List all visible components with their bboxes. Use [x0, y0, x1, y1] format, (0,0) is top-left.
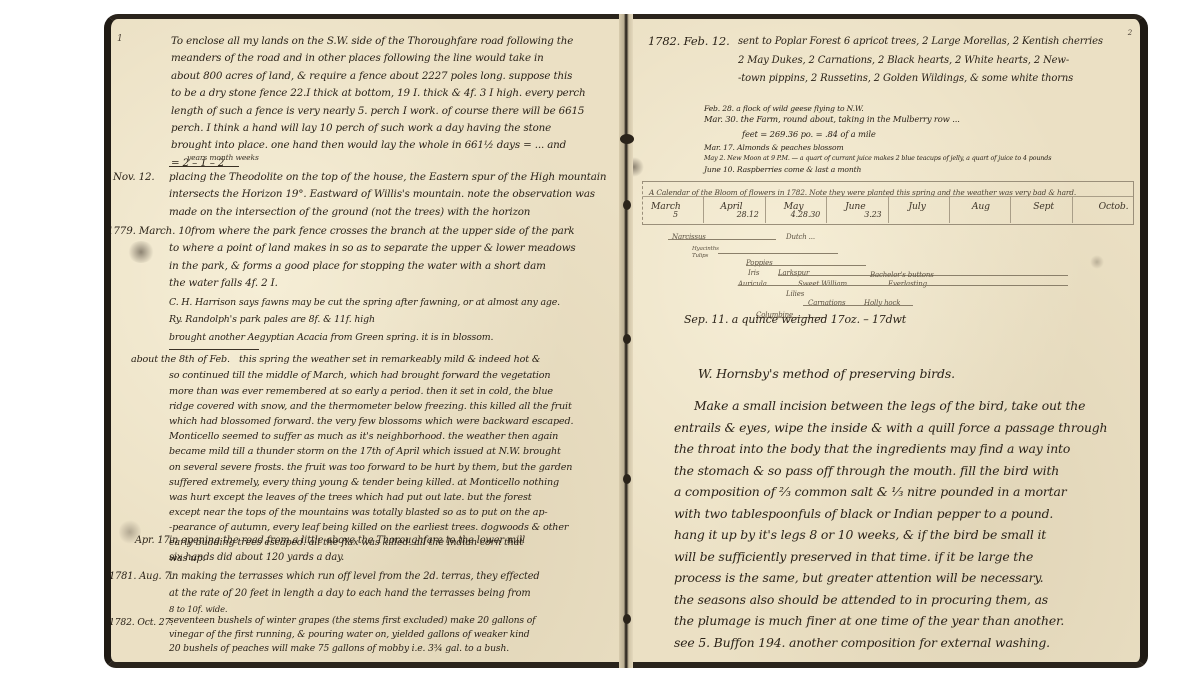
text-line: from where the park fence crosses the br… [191, 223, 575, 240]
text-line: which had blossomed forward. the very fe… [169, 414, 573, 429]
text-line: perch. I think a hand will lay 10 perch … [171, 120, 586, 137]
entry-date: about the 8th of Feb. [131, 351, 230, 368]
cell-value: 3.23 [864, 206, 881, 223]
binding-stitch [620, 134, 634, 144]
text-line: more than was ever remembered at so earl… [169, 384, 573, 399]
cell-value: 5 [673, 206, 678, 223]
text-line: length of such a fence is very nearly 5.… [171, 103, 586, 120]
month-label: Sept [1033, 198, 1054, 215]
divider [169, 166, 239, 167]
recipe-title: W. Hornsby's method of preserving birds. [698, 363, 955, 385]
note-item: Mar. 30. the Farm, round about, taking i… [704, 114, 1051, 125]
binding-stitch [623, 334, 631, 344]
note-item: June 10. Raspberries come & last a month [704, 164, 1051, 175]
notebook-spread: 1 To enclose all my lands on the S.W. si… [104, 14, 1148, 668]
bloom-bar [803, 305, 913, 306]
recipe-body: Make a small incision between the legs o… [674, 395, 1107, 653]
text-line: To enclose all my lands on the S.W. side… [171, 33, 586, 50]
text-line: became mild till a thunder storm on the … [169, 444, 573, 459]
month-label: June [845, 198, 865, 215]
text-line: in the park, & forms a good place for st… [169, 258, 576, 275]
text-line: 8 to 10f. wide. [169, 603, 540, 615]
entry-date: 1781. Aug. 7. [109, 568, 173, 585]
text-line: in making the terrasses which run off le… [169, 568, 540, 585]
text-line: process is the same, but greater attenti… [674, 567, 1107, 589]
text-line: placing the Theodolite on the top of the… [169, 169, 606, 186]
note-item: feet = 269.36 po. = .84 of a mile [704, 129, 1051, 140]
note-date: Feb. 28. [704, 104, 734, 113]
text-line: brought another Aegyptian Acacia from Gr… [169, 329, 560, 346]
note-item: Mar. 17. Almonds & peaches blossom [704, 142, 1051, 153]
text-line: to be a dry stone fence 22.I thick at bo… [171, 85, 586, 102]
text-line: was hurt except the leaves of the trees … [169, 490, 573, 505]
text-line: Make a small incision between the legs o… [674, 395, 1107, 417]
text-line: meanders of the road and in other places… [171, 50, 586, 67]
text-line: to where a point of land makes in so as … [169, 240, 576, 257]
bloom-calendar-table: A Calendar of the Bloom of flowers in 17… [642, 181, 1134, 225]
cell-value: 4.28.30 [791, 206, 821, 223]
calendar-cell: Sept [1011, 197, 1072, 223]
note-date: Mar. 17. [704, 143, 735, 152]
text-line: -town pippins, 2 Russetins, 2 Golden Wil… [738, 70, 1073, 89]
flower-label: Tulips [692, 248, 708, 265]
page-number: 2 [1128, 25, 1132, 42]
flower-label: Dutch ... [786, 229, 815, 246]
flower-label: Carnations [808, 295, 845, 312]
flower-label: Lilies [786, 286, 804, 303]
text-line: 20 bushels of peaches will make 75 gallo… [169, 642, 535, 656]
binding-stitch [623, 200, 631, 210]
month-label: July [909, 198, 926, 215]
text-line: the stomach & so pass off through the mo… [674, 460, 1107, 482]
text-line: Monticello seemed to suffer as much as i… [169, 429, 573, 444]
recipe-heading: W. Hornsby's method of preserving birds. [698, 363, 955, 385]
text-line: with two tablespoonfuls of black or Indi… [674, 503, 1107, 525]
text-line: the throat into the body that the ingred… [674, 438, 1107, 460]
entry-date: Nov. 12. [113, 169, 155, 186]
text-line: at the rate of 20 feet in length a day t… [169, 585, 540, 602]
calendar-cell: May4.28.30 [766, 197, 827, 223]
month-label: Octob. [1099, 198, 1129, 215]
binding-stitch [623, 614, 631, 624]
calendar-cell: July [889, 197, 950, 223]
calendar-cell: Aug [950, 197, 1011, 223]
calendar-month-row: March5 April28.12 May4.28.30 June3.23 Ju… [643, 196, 1133, 223]
calendar-cell: June3.23 [827, 197, 888, 223]
page-number: 1 [117, 31, 123, 48]
text-line: the plumage is much finer at one time of… [674, 610, 1107, 632]
text-line: six hands did about 120 yards a day. [169, 549, 525, 566]
text-line: this spring the weather set in remarkeab… [239, 351, 540, 368]
bloom-bar [718, 253, 838, 254]
text-line: on several severe frosts. the fruit was … [169, 460, 573, 475]
cell-value: 28.12 [737, 206, 759, 223]
entry-date: Apr. 17. [135, 532, 173, 549]
note-text: New Moon at 9 P.M. — a quart of currant … [727, 154, 1051, 162]
left-page: 1 To enclose all my lands on the S.W. si… [104, 14, 626, 668]
entry-quince: Sep. 11. a quince weighed 17oz. – 17dwt [684, 311, 906, 328]
entry-date: 1782. Oct. 27. [109, 614, 173, 631]
entry-text: a quince weighed 17oz. – 17dwt [732, 313, 906, 326]
entry-notes-fawns: C. H. Harrison says fawns may be cut the… [169, 294, 560, 346]
note-text: Raspberries come & last a month [737, 165, 861, 174]
superscript-note: years month weeks [187, 153, 259, 164]
right-page: 2 1782. Feb. 12. sent to Poplar Forest 6… [628, 14, 1148, 668]
note-item: Feb. 28. a flock of wild geese flying to… [704, 103, 1051, 114]
text-line: entrails & eyes, wipe the inside & with … [674, 417, 1107, 439]
text-line: Ry. Randolph's park pales are 8f. & 11f.… [169, 311, 560, 328]
note-item: May 2. New Moon at 9 P.M. — a quart of c… [704, 153, 1051, 164]
entry-date: 1779. March. 10 [107, 223, 191, 240]
text-line: made on the intersection of the ground (… [169, 204, 606, 221]
text-line: see 5. Buffon 194. another composition f… [674, 632, 1107, 654]
text-line: in opening the road from a little above … [169, 532, 525, 549]
flower-label: Holly hock [864, 295, 900, 312]
entry-date: 1782. Feb. 12. [648, 33, 730, 50]
calendar-cell: April28.12 [704, 197, 765, 223]
text-line: C. H. Harrison says fawns may be cut the… [169, 294, 560, 311]
note-date: June 10. [704, 165, 735, 174]
note-text: Almonds & peaches blossom [737, 143, 843, 152]
calendar-cell: Octob. [1073, 197, 1133, 223]
text-line: suffered extremely, every thing young & … [169, 475, 573, 490]
note-text: a flock of wild geese flying to N.W. [736, 104, 863, 113]
text-line: the seasons also should be attended to i… [674, 589, 1107, 611]
ink-smudge [127, 241, 155, 263]
text-line: ridge covered with snow, and the thermom… [169, 399, 573, 414]
calendar-cell: March5 [643, 197, 704, 223]
note-date: Mar. 30. [704, 114, 738, 124]
text-line: a composition of ⅔ common salt & ⅓ nitre… [674, 481, 1107, 503]
note-text: the Farm, round about, taking in the Mul… [741, 114, 960, 124]
note-text: feet = 269.36 po. = .84 of a mile [742, 129, 876, 139]
text-line: about 800 acres of land, & require a fen… [171, 68, 586, 85]
text-line: so continued till the middle of March, w… [169, 368, 573, 383]
text-line: 2 May Dukes, 2 Carnations, 2 Black heart… [738, 52, 1073, 71]
text-line: hang it up by it's legs 8 or 10 weeks, &… [674, 524, 1107, 546]
text-line: intersects the Horizon 19°. Eastward of … [169, 186, 606, 203]
weather-notes: Feb. 28. a flock of wild geese flying to… [704, 103, 1051, 175]
text-line: sent to Poplar Forest 6 apricot trees, 2… [738, 33, 1103, 52]
note-date: May 2. [704, 154, 725, 162]
ink-smudge [1090, 255, 1104, 269]
text-line: vinegar of the first running, & pouring … [169, 628, 535, 642]
text-line: the water falls 4f. 2 I. [169, 275, 576, 292]
text-line: seventeen bushels of winter grapes (the … [169, 614, 535, 628]
entry-date: Sep. 11. [684, 313, 728, 326]
divider [169, 349, 259, 350]
text-line: except near the tops of the mountains wa… [169, 505, 573, 520]
binding-stitch [623, 474, 631, 484]
text-line: will be sufficiently preserved in that t… [674, 546, 1107, 568]
entry-enclosure: To enclose all my lands on the S.W. side… [171, 33, 586, 172]
month-label: Aug [972, 198, 990, 215]
